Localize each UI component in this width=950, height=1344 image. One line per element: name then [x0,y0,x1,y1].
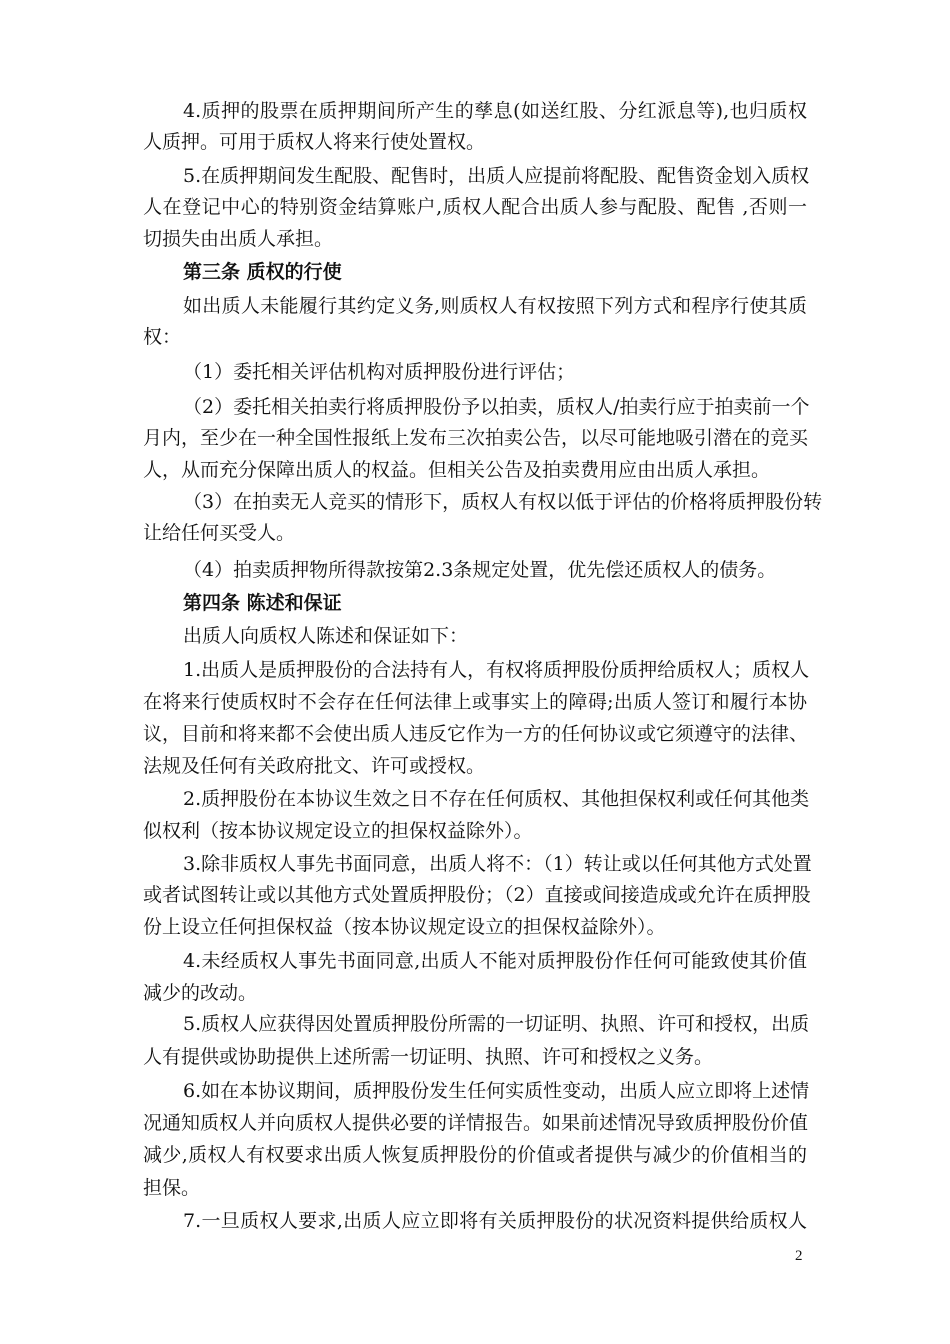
text-line: 人，从而充分保障出质人的权益。但相关公告及拍卖费用应由出质人承担。 [143,458,807,482]
text-line: 减少,质权人有权要求出质人恢复质押股份的价值或者提供与减少的价值相当的 [143,1143,807,1167]
text-line: 人有提供或协助提供上述所需一切证明、执照、许可和授权之义务。 [143,1045,807,1069]
text-line: 切损失由出质人承担。 [143,227,807,251]
text-line: （3）在拍卖无人竞买的情形下，质权人有权以低于评估的价格将质押股份转 [183,490,807,514]
text-line: 3.除非质权人事先书面同意，出质人将不：（1）转让或以任何其他方式处置 [183,852,807,876]
text-line: 1.出质人是质押股份的合法持有人，有权将质押股份质押给质权人；质权人 [183,658,807,682]
section-heading: 第三条 质权的行使 [183,260,807,284]
text-line: 权： [143,325,807,349]
text-line: （1）委托相关评估机构对质押股份进行评估； [183,360,807,384]
document-page: 4.质押的股票在质押期间所产生的孳息(如送红股、分红派息等),也归质权人质押。可… [0,0,950,1344]
text-line: 议，目前和将来都不会使出质人违反它作为一方的任何协议或它须遵守的法律、 [143,722,807,746]
text-line: 6.如在本协议期间，质押股份发生任何实质性变动，出质人应立即将上述情 [183,1079,807,1103]
page-number: 2 [795,1248,803,1265]
text-line: 5.在质押期间发生配股、配售时，出质人应提前将配股、配售资金划入质权 [183,164,807,188]
text-line: 或者试图转让或以其他方式处置质押股份；（2）直接或间接造成或允许在质押股 [143,883,807,907]
text-line: 让给任何买受人。 [143,521,807,545]
text-line: 月内，至少在一种全国性报纸上发布三次拍卖公告，以尽可能地吸引潜在的竞买 [143,426,807,450]
text-line: 4.质押的股票在质押期间所产生的孳息(如送红股、分红派息等),也归质权 [183,99,807,123]
text-line: 减少的改动。 [143,981,807,1005]
section-heading: 第四条 陈述和保证 [183,591,807,615]
text-line: 2.质押股份在本协议生效之日不存在任何质权、其他担保权利或任何其他类 [183,787,807,811]
text-line: 人质押。可用于质权人将来行使处置权。 [143,130,807,154]
text-line: 出质人向质权人陈述和保证如下： [183,624,807,648]
text-line: 似权利（按本协议规定设立的担保权益除外）。 [143,819,807,843]
text-line: 7.一旦质权人要求,出质人应立即将有关质押股份的状况资料提供给质权人 [183,1209,807,1233]
text-line: 担保。 [143,1176,807,1200]
text-line: 况通知质权人并向质权人提供必要的详情报告。如果前述情况导致质押股份价值 [143,1111,807,1135]
text-line: 4.未经质权人事先书面同意,出质人不能对质押股份作任何可能致使其价值 [183,949,807,973]
text-line: （4）拍卖质押物所得款按第2.3条规定处置，优先偿还质权人的债务。 [183,558,807,582]
text-line: 人在登记中心的特别资金结算账户,质权人配合出质人参与配股、配售 ,否则一 [143,195,807,219]
text-line: 在将来行使质权时不会存在任何法律上或事实上的障碍;出质人签订和履行本协 [143,690,807,714]
text-line: （2）委托相关拍卖行将质押股份予以拍卖，质权人/拍卖行应于拍卖前一个 [183,395,807,419]
text-line: 法规及任何有关政府批文、许可或授权。 [143,754,807,778]
text-line: 5.质权人应获得因处置质押股份所需的一切证明、执照、许可和授权，出质 [183,1012,807,1036]
text-line: 份上设立任何担保权益（按本协议规定设立的担保权益除外）。 [143,915,807,939]
text-line: 如出质人未能履行其约定义务,则质权人有权按照下列方式和程序行使其质 [183,294,807,318]
